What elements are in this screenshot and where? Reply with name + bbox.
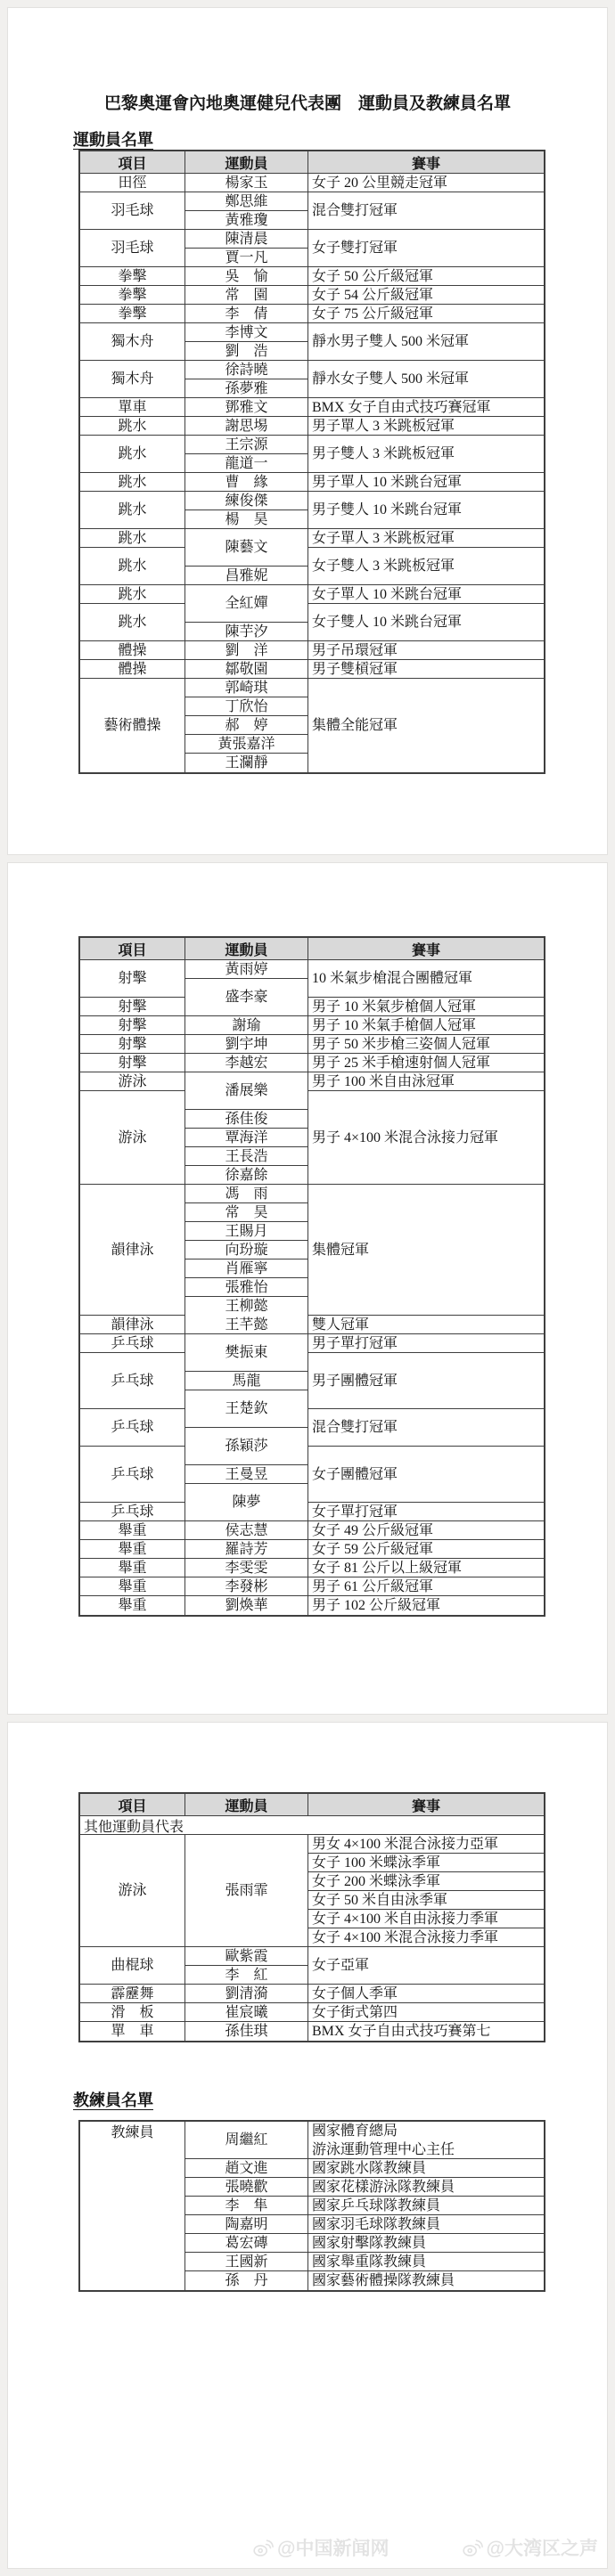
event-cell: 拳擊 (80, 286, 184, 305)
event-cell: 獨木舟 (80, 361, 184, 398)
result-cell: 女子團體冠軍 (308, 1447, 544, 1503)
result-cell: 男子團體冠軍 (308, 1353, 544, 1409)
result-cell: 男子 50 米步槍三姿個人冠軍 (308, 1035, 544, 1054)
event-cell: 拳擊 (80, 267, 184, 286)
athlete-cell: 李越宏 (185, 1054, 307, 1072)
athlete-cell: 龍道一 (185, 454, 307, 473)
athlete-cell: 全紅嬋 (185, 585, 307, 623)
athlete-cell: 吳 愉 (185, 267, 307, 286)
athlete-cell: 葛宏磚 (185, 2234, 307, 2253)
subsection-row-label: 其他運動員代表 (80, 1816, 544, 1835)
result-cell: 雙人冠軍 (308, 1316, 544, 1334)
athlete-cell: 黃雨婷 (185, 960, 307, 979)
table-column: 男女 4×100 米混合泳接力亞軍女子 100 米蝶泳季軍女子 200 米蝶泳季… (307, 1835, 544, 2041)
result-cell: 混合雙打冠軍 (308, 192, 544, 230)
athlete-cell: 趙文進 (185, 2159, 307, 2178)
athlete-cell: 王柳懿 王芊懿 (185, 1297, 307, 1334)
athlete-cell: 李雯雯 (185, 1559, 307, 1577)
result-cell: 男子單人 3 米跳板冠軍 (308, 417, 544, 436)
event-cell: 游泳 (80, 1072, 184, 1091)
result-cell: 女子亞軍 (308, 1947, 544, 1985)
result-cell: 女子雙人 10 米跳台冠軍 (308, 604, 544, 641)
result-cell: 女子單人 3 米跳板冠軍 (308, 529, 544, 548)
result-cell: 男子 61 公斤級冠軍 (308, 1577, 544, 1596)
event-cell: 游泳 (80, 1091, 184, 1185)
event-cell: 乒乓球 (80, 1334, 184, 1353)
event-cell: 舉重 (80, 1559, 184, 1577)
athlete-cell: 常 昊 (185, 1203, 307, 1222)
athlete-cell: 歐紫霞 (185, 1947, 307, 1966)
result-cell: 女子街式第四 (308, 2003, 544, 2022)
event-cell: 乒乓球 (80, 1353, 184, 1409)
athlete-cell: 陳夢 (185, 1484, 307, 1521)
result-cell: 女子 20 公里競走冠軍 (308, 174, 544, 192)
result-cell: BMX 女子自由式技巧賽冠軍 (308, 398, 544, 417)
athletes-table-page-2: 項目運動員賽事射擊射擊射擊射擊射擊游泳游泳韻律泳韻律泳乒乓球乒乓球乒乓球乒乓球乒… (78, 936, 545, 1617)
event-cell: 羽毛球 (80, 192, 184, 230)
event-cell: 跳水 (80, 473, 184, 492)
column-header: 賽事 (307, 151, 544, 173)
result-cell: 女子 4×100 米混合泳接力季軍 (308, 1928, 544, 1947)
result-cell: 男子 10 米氣手槍個人冠軍 (308, 1016, 544, 1035)
column-header: 項目 (80, 1794, 184, 1815)
result-cell: 男女 4×100 米混合泳接力亞軍 (308, 1835, 544, 1854)
result-cell: 國家跳水隊教練員 (308, 2159, 544, 2178)
event-cell: 乒乓球 (80, 1503, 184, 1521)
table-column: 張雨霏歐紫霞李 紅劉清漪崔宸曦孫佳琪 (184, 1835, 307, 2041)
result-cell: 女子 75 公斤級冠軍 (308, 305, 544, 323)
athlete-cell: 徐詩曉 (185, 361, 307, 379)
athletes-table-page-1: 項目運動員賽事田徑羽毛球羽毛球拳擊拳擊拳擊獨木舟獨木舟單車跳水跳水跳水跳水跳水跳… (78, 150, 545, 774)
event-cell: 乒乓球 (80, 1447, 184, 1503)
athlete-cell: 王長浩 (185, 1147, 307, 1166)
result-cell: 國家羽毛球隊教練員 (308, 2215, 544, 2234)
table-column: 周繼紅趙文進張曉歡李 隼陶嘉明葛宏磚王國新孫 丹 (184, 2122, 307, 2290)
table-column: 國家體育總局 游泳運動管理中心主任國家跳水隊教練員國家花樣游泳隊教練員國家乒乓球… (307, 2122, 544, 2290)
table-column: 女子 20 公里競走冠軍混合雙打冠軍女子雙打冠軍女子 50 公斤級冠軍女子 54… (307, 174, 544, 772)
event-cell: 單車 (80, 398, 184, 417)
athletes-table-page-3: 項目運動員賽事其他運動員代表游泳曲棍球霹靂舞滑 板單 車張雨霏歐紫霞李 紅劉清漪… (78, 1792, 545, 2042)
table-column: 10 米氣步槍混合團體冠軍男子 10 米氣步槍個人冠軍男子 10 米氣手槍個人冠… (307, 960, 544, 1615)
athlete-cell: 孫穎莎 (185, 1428, 307, 1465)
event-cell: 拳擊 (80, 305, 184, 323)
athlete-cell: 羅詩芳 (185, 1540, 307, 1559)
table-column: 游泳曲棍球霹靂舞滑 板單 車 (80, 1835, 184, 2041)
result-cell: 國家乒乓球隊教練員 (308, 2197, 544, 2215)
result-cell: 女子 50 公斤級冠軍 (308, 267, 544, 286)
document-background: { "title": "巴黎奧運會內地奧運健兒代表團 運動員及教練員名單", "… (0, 0, 615, 2576)
event-cell: 游泳 (80, 1835, 184, 1947)
table-column: 田徑羽毛球羽毛球拳擊拳擊拳擊獨木舟獨木舟單車跳水跳水跳水跳水跳水跳水跳水跳水體操… (80, 174, 184, 772)
athlete-cell: 陳清晨 (185, 230, 307, 249)
result-cell: 男子 100 米自由泳冠軍 (308, 1072, 544, 1091)
weibo-icon (252, 2539, 275, 2557)
result-cell: 男子 10 米氣步槍個人冠軍 (308, 998, 544, 1016)
athlete-cell: 黃張嘉洋 (185, 735, 307, 754)
result-cell: 集體冠軍 (308, 1185, 544, 1316)
athlete-cell: 黃雅瓊 (185, 211, 307, 230)
athlete-cell: 王瀾靜 (185, 754, 307, 772)
athlete-cell: 謝瑜 (185, 1016, 307, 1035)
result-cell: 女子 81 公斤以上級冠軍 (308, 1559, 544, 1577)
table-body: 田徑羽毛球羽毛球拳擊拳擊拳擊獨木舟獨木舟單車跳水跳水跳水跳水跳水跳水跳水跳水體操… (80, 174, 544, 772)
athlete-cell: 鄭思維 (185, 192, 307, 211)
event-cell: 跳水 (80, 529, 184, 548)
watermark-text: @中国新闻网 (277, 2534, 389, 2561)
result-cell: 靜水男子雙人 500 米冠軍 (308, 323, 544, 361)
athlete-cell: 樊振東 (185, 1334, 307, 1372)
athlete-cell: 張曉歡 (185, 2178, 307, 2197)
result-cell: 男子單打冠軍 (308, 1334, 544, 1353)
event-cell: 乒乓球 (80, 1409, 184, 1447)
athlete-cell: 周繼紅 (185, 2122, 307, 2159)
table-header-row: 項目運動員賽事 (80, 938, 544, 960)
result-cell: 女子單打冠軍 (308, 1503, 544, 1521)
column-header: 賽事 (307, 938, 544, 959)
athlete-cell: 陳藝文 (185, 529, 307, 567)
athlete-cell: 鄒敬園 (185, 660, 307, 679)
event-cell: 跳水 (80, 492, 184, 529)
table-column: 黃雨婷盛李豪謝瑜劉宇坤李越宏潘展樂孫佳俊覃海洋王長浩徐嘉餘馮 雨常 昊王賜月向玢… (184, 960, 307, 1615)
athlete-cell: 丁欣怡 (185, 697, 307, 716)
athlete-cell: 劉宇坤 (185, 1035, 307, 1054)
table-body: 游泳曲棍球霹靂舞滑 板單 車張雨霏歐紫霞李 紅劉清漪崔宸曦孫佳琪男女 4×100… (80, 1835, 544, 2041)
event-cell: 射擊 (80, 998, 184, 1016)
event-cell: 獨木舟 (80, 323, 184, 361)
result-cell: 集體全能冠軍 (308, 679, 544, 772)
table-column: 射擊射擊射擊射擊射擊游泳游泳韻律泳韻律泳乒乓球乒乓球乒乓球乒乓球乒乓球舉重舉重舉… (80, 960, 184, 1615)
athlete-cell: 李 紅 (185, 1966, 307, 1985)
result-cell: 男子 4×100 米混合泳接力冠軍 (308, 1091, 544, 1185)
athlete-cell: 崔宸曦 (185, 2003, 307, 2022)
weibo-icon (462, 2539, 484, 2557)
event-cell: 單 車 (80, 2022, 184, 2041)
athlete-cell: 向玢璇 (185, 1241, 307, 1259)
athlete-cell: 孫佳琪 (185, 2022, 307, 2041)
event-cell: 藝術體操 (80, 679, 184, 772)
column-header: 運動員 (184, 151, 307, 173)
athlete-cell: 陶嘉明 (185, 2215, 307, 2234)
result-cell: 國家射擊隊教練員 (308, 2234, 544, 2253)
table-column: 楊家玉鄭思維黃雅瓊陳清晨賈一凡吳 愉常 園李 倩李博文劉 浩徐詩曉孫夢雅鄧雅文謝… (184, 174, 307, 772)
column-header: 運動員 (184, 1794, 307, 1815)
event-cell: 舉重 (80, 1596, 184, 1615)
athlete-cell: 曹 緣 (185, 473, 307, 492)
event-cell: 跳水 (80, 585, 184, 604)
athlete-cell: 張雅怡 (185, 1278, 307, 1297)
athlete-cell: 李 倩 (185, 305, 307, 323)
event-cell: 跳水 (80, 604, 184, 641)
event-cell: 韻律泳 (80, 1316, 184, 1334)
result-cell: 混合雙打冠軍 (308, 1409, 544, 1447)
athlete-cell: 陳芋汐 (185, 623, 307, 641)
event-cell: 韻律泳 (80, 1185, 184, 1316)
result-cell: 國家藝術體操隊教練員 (308, 2271, 544, 2290)
athlete-cell: 楊家玉 (185, 174, 307, 192)
event-cell: 田徑 (80, 174, 184, 192)
event-cell: 舉重 (80, 1540, 184, 1559)
result-cell: 女子單人 10 米跳台冠軍 (308, 585, 544, 604)
result-cell: 女子雙打冠軍 (308, 230, 544, 267)
athlete-cell: 孫夢雅 (185, 379, 307, 398)
athlete-cell: 郭崎琪 (185, 679, 307, 697)
result-cell: 國家體育總局 游泳運動管理中心主任 (308, 2122, 544, 2159)
result-cell: 國家舉重隊教練員 (308, 2253, 544, 2271)
event-cell: 羽毛球 (80, 230, 184, 267)
athlete-cell: 郝 婷 (185, 716, 307, 735)
athlete-cell: 賈一凡 (185, 249, 307, 267)
result-cell: 男子單人 10 米跳台冠軍 (308, 473, 544, 492)
athlete-cell: 王宗源 (185, 436, 307, 454)
result-cell: 女子 59 公斤級冠軍 (308, 1540, 544, 1559)
event-cell: 射擊 (80, 1054, 184, 1072)
event-cell: 跳水 (80, 436, 184, 473)
event-cell: 舉重 (80, 1577, 184, 1596)
document-title: 巴黎奧運會內地奧運健兒代表團 運動員及教練員名單 (8, 90, 607, 114)
watermark-text: @大湾区之声 (487, 2534, 598, 2561)
athlete-cell: 王賜月 (185, 1222, 307, 1241)
page-2: 項目運動員賽事射擊射擊射擊射擊射擊游泳游泳韻律泳韻律泳乒乓球乒乓球乒乓球乒乓球乒… (7, 862, 608, 1715)
athlete-cell: 張雨霏 (185, 1835, 307, 1947)
event-cell: 體操 (80, 660, 184, 679)
athlete-cell: 劉 洋 (185, 641, 307, 660)
result-cell: 女子 49 公斤級冠軍 (308, 1521, 544, 1540)
event-cell: 跳水 (80, 417, 184, 436)
athlete-cell: 王楚欽 (185, 1390, 307, 1428)
result-cell: 男子 25 米手槍速射個人冠軍 (308, 1054, 544, 1072)
result-cell: 男子吊環冠軍 (308, 641, 544, 660)
athlete-cell: 李博文 (185, 323, 307, 342)
page-1: 巴黎奧運會內地奧運健兒代表團 運動員及教練員名單 運動員名單 項目運動員賽事田徑… (7, 7, 608, 855)
event-cell: 射擊 (80, 960, 184, 998)
athlete-cell: 徐嘉餘 (185, 1166, 307, 1185)
athlete-cell: 王國新 (185, 2253, 307, 2271)
result-cell: 女子 50 米自由泳季軍 (308, 1891, 544, 1910)
watermark: @中国新闻网 (252, 2534, 389, 2561)
event-cell: 射擊 (80, 1035, 184, 1054)
result-cell: 女子個人季軍 (308, 1985, 544, 2003)
event-cell: 跳水 (80, 548, 184, 585)
result-cell: 女子 4×100 米自由泳接力季軍 (308, 1910, 544, 1928)
athlete-cell: 劉煥華 (185, 1596, 307, 1615)
result-cell: 靜水女子雙人 500 米冠軍 (308, 361, 544, 398)
event-cell: 體操 (80, 641, 184, 660)
event-cell: 滑 板 (80, 2003, 184, 2022)
event-cell: 霹靂舞 (80, 1985, 184, 2003)
table-column: 教練員 (80, 2122, 184, 2290)
athlete-cell: 劉 浩 (185, 342, 307, 361)
result-cell: 10 米氣步槍混合團體冠軍 (308, 960, 544, 998)
athlete-cell: 肖雁寧 (185, 1259, 307, 1278)
table-header-row: 項目運動員賽事 (80, 1794, 544, 1816)
result-cell: BMX 女子自由式技巧賽第七 (308, 2022, 544, 2041)
athlete-cell: 覃海洋 (185, 1129, 307, 1147)
column-header: 項目 (80, 151, 184, 173)
result-cell: 男子雙人 10 米跳台冠軍 (308, 492, 544, 529)
athlete-cell: 孫佳俊 (185, 1110, 307, 1129)
result-cell: 女子 200 米蝶泳季軍 (308, 1872, 544, 1891)
athlete-cell: 侯志慧 (185, 1521, 307, 1540)
result-cell: 女子 54 公斤級冠軍 (308, 286, 544, 305)
result-cell: 男子 102 公斤級冠軍 (308, 1596, 544, 1615)
athlete-cell: 王曼昱 (185, 1465, 307, 1484)
athlete-cell: 常 園 (185, 286, 307, 305)
event-cell: 教練員 (80, 2122, 184, 2290)
result-cell: 女子雙人 3 米跳板冠軍 (308, 548, 544, 585)
table-body: 教練員周繼紅趙文進張曉歡李 隼陶嘉明葛宏磚王國新孫 丹國家體育總局 游泳運動管理… (80, 2122, 544, 2290)
athletes-section-heading: 運動員名單 (73, 127, 153, 151)
athlete-cell: 劉清漪 (185, 1985, 307, 2003)
athlete-cell: 潘展樂 (185, 1072, 307, 1110)
event-cell: 曲棍球 (80, 1947, 184, 1985)
result-cell: 國家花樣游泳隊教練員 (308, 2178, 544, 2197)
athlete-cell: 李發彬 (185, 1577, 307, 1596)
event-cell: 射擊 (80, 1016, 184, 1035)
page-3: 項目運動員賽事其他運動員代表游泳曲棍球霹靂舞滑 板單 車張雨霏歐紫霞李 紅劉清漪… (7, 1722, 608, 2569)
athlete-cell: 楊 昊 (185, 510, 307, 529)
result-cell: 女子 100 米蝶泳季軍 (308, 1854, 544, 1872)
athlete-cell: 馮 雨 (185, 1185, 307, 1203)
athlete-cell: 盛李豪 (185, 979, 307, 1016)
result-cell: 男子雙槓冠軍 (308, 660, 544, 679)
athlete-cell: 李 隼 (185, 2197, 307, 2215)
athlete-cell: 馬龍 (185, 1372, 307, 1390)
column-header: 賽事 (307, 1794, 544, 1815)
column-header: 項目 (80, 938, 184, 959)
athlete-cell: 孫 丹 (185, 2271, 307, 2290)
column-header: 運動員 (184, 938, 307, 959)
table-header-row: 項目運動員賽事 (80, 151, 544, 174)
result-cell: 男子雙人 3 米跳板冠軍 (308, 436, 544, 473)
coaches-table: 教練員周繼紅趙文進張曉歡李 隼陶嘉明葛宏磚王國新孫 丹國家體育總局 游泳運動管理… (78, 2120, 545, 2292)
athlete-cell: 鄧雅文 (185, 398, 307, 417)
watermark: @大湾区之声 (462, 2534, 598, 2561)
coaches-section-heading: 教練員名單 (73, 2088, 153, 2111)
athlete-cell: 昌雅妮 (185, 567, 307, 585)
athlete-cell: 練俊傑 (185, 492, 307, 510)
athlete-cell: 謝思埸 (185, 417, 307, 436)
event-cell: 舉重 (80, 1521, 184, 1540)
table-body: 射擊射擊射擊射擊射擊游泳游泳韻律泳韻律泳乒乓球乒乓球乒乓球乒乓球乒乓球舉重舉重舉… (80, 960, 544, 1615)
